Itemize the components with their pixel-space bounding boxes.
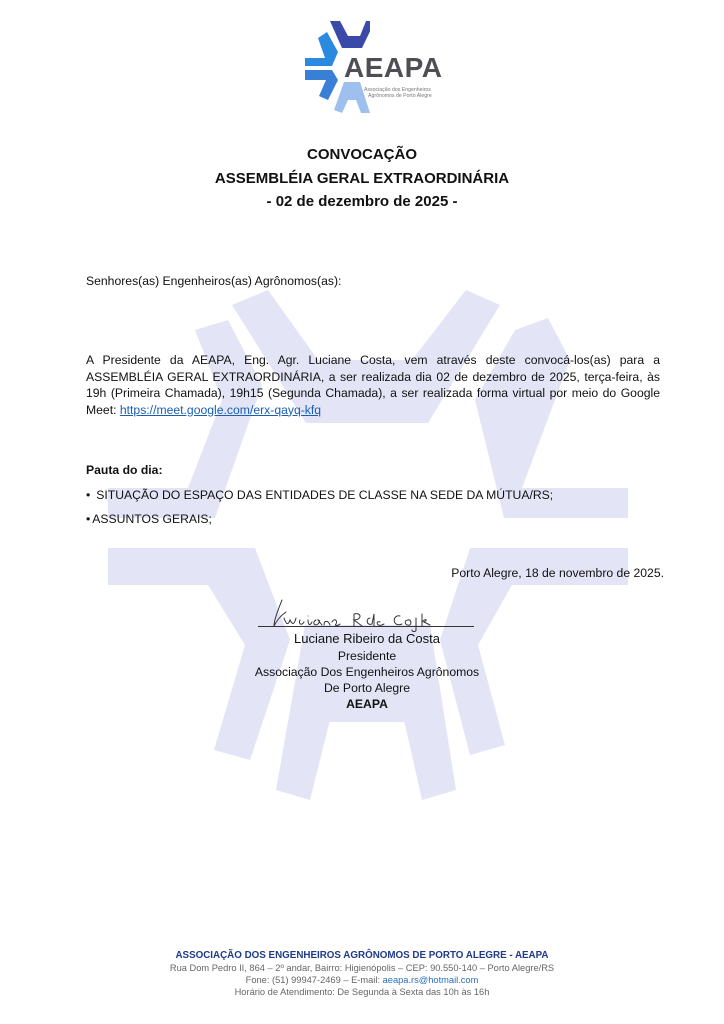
signature-line [258,626,474,627]
signer-org-short: AEAPA [200,697,534,711]
document-subtitle: ASSEMBLÉIA GERAL EXTRAORDINÁRIA [0,170,724,187]
document-content: CONVOCAÇÃO ASSEMBLÉIA GERAL EXTRAORDINÁR… [0,0,724,1024]
agenda-item: •SITUAÇÃO DO ESPAÇO DAS ENTIDADES DE CLA… [86,488,553,502]
place-date: Porto Alegre, 18 de novembro de 2025. [451,566,664,580]
footer-contact: Fone: (51) 99947-2469 – E-mail: aeapa.rs… [0,975,724,985]
signer-name: Luciane Ribeiro da Costa [200,631,534,646]
agenda-title: Pauta do dia: [86,463,163,477]
agenda-item-text: SITUAÇÃO DO ESPAÇO DAS ENTIDADES DE CLAS… [96,488,553,502]
footer-title: ASSOCIAÇÃO DOS ENGENHEIROS AGRÔNOMOS DE … [0,950,724,961]
bullet-icon: • [86,488,90,502]
google-meet-link[interactable]: https://meet.google.com/erx-qayq-kfq [120,403,321,417]
convocation-paragraph: A Presidente da AEAPA, Eng. Agr. Luciane… [86,352,660,418]
signer-org-line2: De Porto Alegre [200,681,534,695]
agenda-item-text: ASSUNTOS GERAIS; [92,512,212,526]
agenda-item: •ASSUNTOS GERAIS; [86,512,212,526]
document-title: CONVOCAÇÃO [0,146,724,163]
signer-role: Presidente [200,649,534,663]
footer-phone: Fone: (51) 99947-2469 – E-mail: [246,975,383,985]
bullet-icon: • [86,512,90,526]
salutation: Senhores(as) Engenheiros(as) Agrônomos(a… [86,274,341,288]
signer-org-line1: Associação Dos Engenheiros Agrônomos [200,665,534,679]
footer-hours: Horário de Atendimento: De Segunda à Sex… [0,987,724,997]
footer-address: Rua Dom Pedro II, 864 – 2º andar, Bairro… [0,963,724,973]
footer-email-link[interactable]: aeapa.rs@hotmail.com [383,975,479,985]
document-date: - 02 de dezembro de 2025 - [0,193,724,210]
